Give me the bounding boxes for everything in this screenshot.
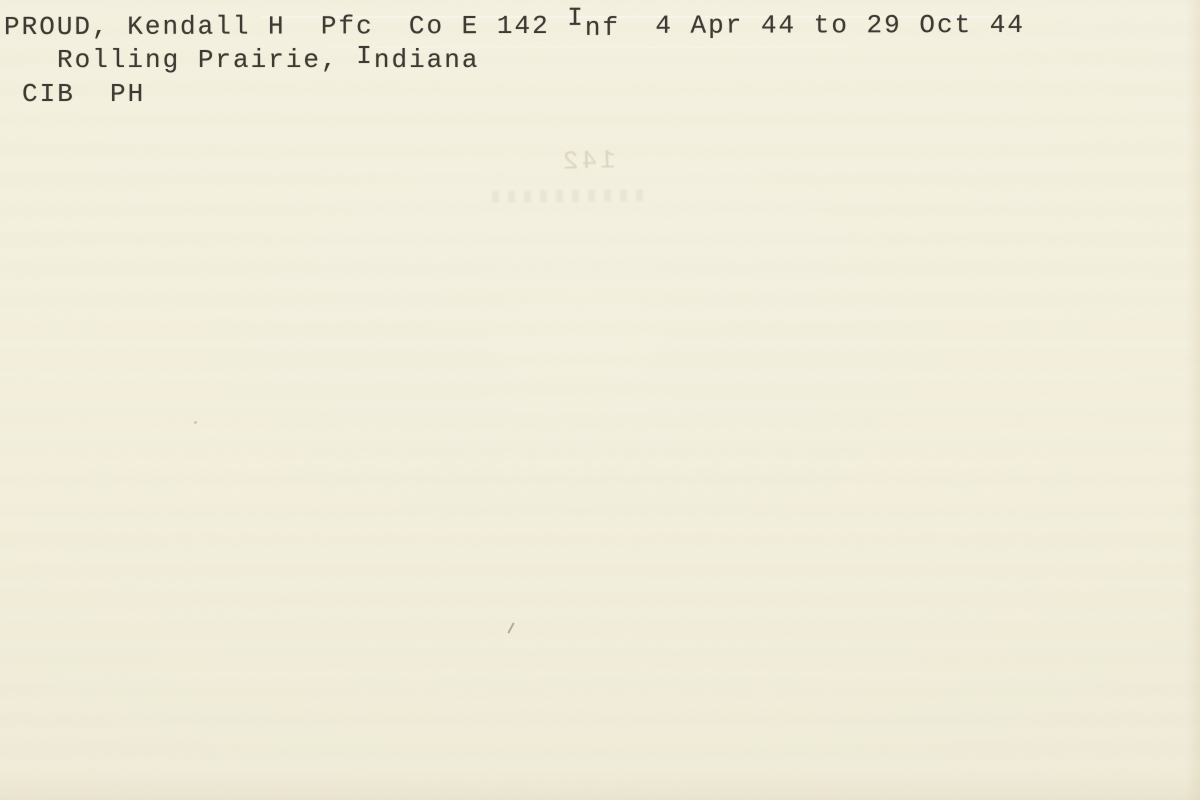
bleedthrough-number: 142 [560, 145, 617, 176]
scan-edge-shadow [1186, 0, 1200, 800]
awards-text: CIB PH [22, 79, 145, 109]
paper-grain-texture [0, 0, 1200, 800]
state-rest-text: ndiana [374, 45, 480, 75]
bleedthrough-smudge [492, 189, 644, 203]
hometown-line: Rolling Prairie, Indiana [57, 46, 479, 74]
paper-fleck [194, 421, 197, 424]
scanned-index-card: PROUD, Kendall H Pfc Co E 142 Inf 4 Apr … [0, 0, 1200, 800]
name-rank-unit-text: PROUD, Kendall H Pfc Co E 142 [4, 11, 567, 42]
city-text: Rolling Prairie, [57, 45, 356, 75]
state-capital-letter: I [356, 41, 374, 71]
scan-edge-shadow [0, 778, 1200, 800]
infantry-abbrev-capital: I [567, 3, 585, 33]
service-record-line: PROUD, Kendall H Pfc Co E 142 Inf 4 Apr … [4, 11, 1025, 41]
infantry-abbrev-rest: nf [585, 13, 620, 43]
service-dates-text: 4 Apr 44 to 29 Oct 44 [620, 10, 1025, 41]
paper-fiber-mark [507, 622, 514, 634]
awards-line: CIB PH [22, 80, 145, 108]
